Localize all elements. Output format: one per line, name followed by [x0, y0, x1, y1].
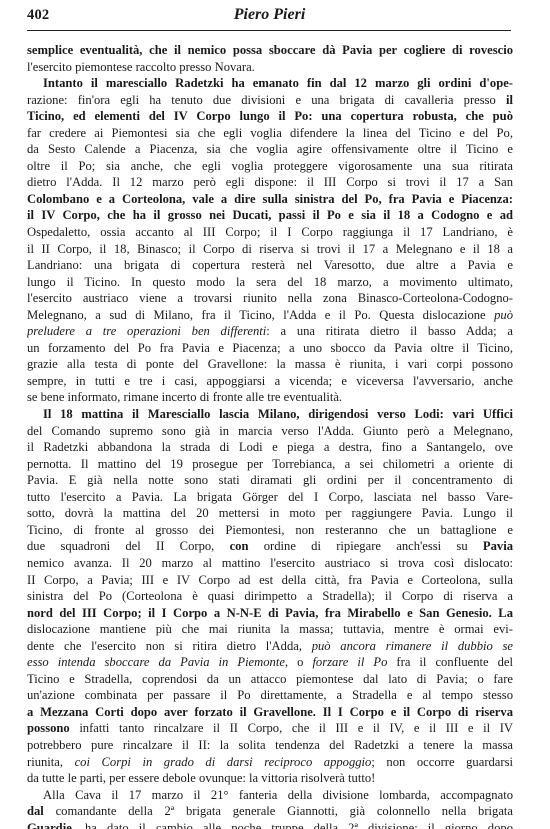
- text-run: , o: [285, 655, 313, 669]
- text-line: due squadroni del II Corpo, con ordine d…: [27, 538, 513, 555]
- text-run: potrebbero pure rincalzare il II: la sol…: [27, 738, 513, 752]
- text-run: possono: [27, 721, 79, 735]
- text-line: possono infatti tanto rincalzare il II C…: [27, 720, 513, 737]
- text-line: esso intenda sboccare da Pavia in Piemon…: [27, 654, 513, 671]
- text-run: : a una ritirata dietro il basso Adda; a: [266, 324, 513, 338]
- text-run: può ancora rimanere il dubbio se: [312, 639, 513, 653]
- text-line: oltre il Po; sia anche, che egli voglia …: [27, 158, 513, 175]
- text-run: riunita,: [27, 755, 75, 769]
- text-run: dal: [27, 804, 44, 818]
- text-run: razione: fin'ora egli ha tenuto due divi…: [27, 93, 506, 107]
- text-run: semplice eventualità, che il nemico poss…: [27, 43, 513, 57]
- text-line: pernotta. Il mattino del 19 prosegue per…: [27, 456, 513, 473]
- text-run: il Radetzki abbandona la strada di Lodi …: [27, 440, 513, 454]
- text-run: coi Corpi in grado di darsi reciproco ap…: [75, 755, 372, 769]
- text-run: dislocazione mantiene più che mai riunit…: [27, 622, 513, 636]
- text-run: a Mezzana Corti dopo aver forzato il Gra…: [27, 705, 513, 719]
- text-run: infatti tanto rincalzare il II Corpo, ch…: [79, 721, 513, 735]
- text-run: Il 18 mattina il Maresciallo lascia Mila…: [43, 407, 513, 421]
- text-run: ; non occorre guardarsi: [371, 755, 513, 769]
- text-line: a Mezzana Corti dopo aver forzato il Gra…: [27, 704, 513, 721]
- text-line: Ticino, ed elementi del IV Corpo lungo i…: [27, 108, 513, 125]
- text-line: dente che l'esercito non si ritira dietr…: [27, 638, 513, 655]
- text-run: da Sesto Calende a Piacenza, sia che vog…: [27, 142, 513, 156]
- text-line: del Comando supremo sono già in marcia v…: [27, 423, 513, 440]
- text-line: Ticino, di fronte al grosso dei Piemonte…: [27, 522, 513, 539]
- text-line: nord del III Corpo; il I Corpo a N-N-E d…: [27, 605, 513, 622]
- text-run: il: [506, 93, 513, 107]
- text-line: Ospedaletto, ossia accanto al III Corpo;…: [27, 224, 513, 241]
- text-line: Pavia. E già nella notte sono stati dira…: [27, 472, 513, 489]
- text-run: Guardie,: [27, 821, 75, 829]
- text-line: sinistra del Po (Corteolona è quasi diri…: [27, 588, 513, 605]
- text-line: un'azione combinata per passare il Po di…: [27, 687, 513, 704]
- text-line: da tutte le parti, per essere debole ovu…: [27, 770, 513, 787]
- text-run: un forzamento del Po fra Pavia e Piacenz…: [27, 341, 513, 355]
- text-line: dietro l'Adda. Il 12 marzo però egli dis…: [27, 174, 513, 191]
- text-line: l'esercito piemontese raccolto presso No…: [27, 59, 513, 76]
- text-run: con: [230, 539, 249, 553]
- text-line: nemico avanza. Il 20 marzo al mattino l'…: [27, 555, 513, 572]
- text-line: far credere ai Piemontesi sia che egli v…: [27, 125, 513, 142]
- text-run: Pavia. E già nella notte sono stati dira…: [27, 473, 513, 487]
- text-line: lungo il Ticino. In questo modo la sera …: [27, 274, 513, 291]
- text-run: dente che l'esercito non si ritira dietr…: [27, 639, 312, 653]
- text-run: Ticino e Stradella, coprendosi da un att…: [27, 672, 513, 686]
- text-line: semplice eventualità, che il nemico poss…: [27, 42, 513, 59]
- text-run: l'esercito austriaco viene a trovarsi ri…: [27, 291, 513, 305]
- text-run: fra il confluente del: [387, 655, 513, 669]
- text-run: pernotta. Il mattino del 19 prosegue per…: [27, 457, 513, 471]
- text-run: ha dato il cambio alle poche truppe dell…: [75, 821, 513, 829]
- text-run: un'azione combinata per passare il Po di…: [27, 688, 513, 702]
- text-line: II Corpo, a Pavia; III e IV Corpo ad est…: [27, 572, 513, 589]
- text-line: un forzamento del Po fra Pavia e Piacenz…: [27, 340, 513, 357]
- text-line: Ticino e Stradella, coprendosi da un att…: [27, 671, 513, 688]
- text-run: da tutte le parti, per essere debole ovu…: [27, 771, 375, 785]
- text-run: può: [494, 308, 513, 322]
- text-line: Alla Cava il 17 marzo il 21° fanteria de…: [27, 787, 513, 804]
- text-line: grazie alla testa di ponte del Gravellon…: [27, 356, 513, 373]
- text-line: riunita, coi Corpi in grado di darsi rec…: [27, 754, 513, 771]
- text-line: Intanto il maresciallo Radetzki ha emana…: [27, 75, 513, 92]
- text-run: dietro l'Adda. Il 12 marzo però egli dis…: [27, 175, 513, 189]
- text-run: se bene informato, rimane incerto di fro…: [27, 390, 342, 404]
- text-run: Alla Cava il 17 marzo il 21° fanteria de…: [43, 788, 513, 802]
- text-run: due squadroni del II Corpo,: [27, 539, 230, 553]
- text-line: dislocazione mantiene più che mai riunit…: [27, 621, 513, 638]
- text-run: oltre il Po; sia anche, che egli voglia …: [27, 159, 513, 173]
- text-line: sotto, dovrà la mattina del 20 mettersi …: [27, 505, 513, 522]
- text-line: Landriano: una brigata di copertura rest…: [27, 257, 513, 274]
- page-header: 402 Piero Pieri: [27, 3, 512, 31]
- text-run: Landriano: una brigata di copertura rest…: [27, 258, 513, 272]
- text-line: il II Corpo, il 18, Binasco; il Corpo di…: [27, 241, 513, 258]
- text-run: II Corpo, a Pavia; III e IV Corpo ad est…: [27, 573, 513, 587]
- text-line: sempre, in tutti e tre i casi, appoggiar…: [27, 373, 513, 390]
- text-run: Ticino, ed elementi del IV Corpo lungo i…: [27, 109, 513, 123]
- text-run: sotto, dovrà la mattina del 20 mettersi …: [27, 506, 513, 520]
- text-run: del Comando supremo sono già in marcia v…: [27, 424, 513, 438]
- text-run: preludere a tre operazioni ben different…: [27, 324, 266, 338]
- text-line: l'esercito austriaco viene a trovarsi ri…: [27, 290, 513, 307]
- header-rule: [27, 30, 511, 31]
- text-line: preludere a tre operazioni ben different…: [27, 323, 513, 340]
- text-run: nemico avanza. Il 20 marzo al mattino l'…: [27, 556, 513, 570]
- text-line: Il 18 mattina il Maresciallo lascia Mila…: [27, 406, 513, 423]
- text-line: razione: fin'ora egli ha tenuto due divi…: [27, 92, 513, 109]
- text-line: dal comandante della 2ª brigata generale…: [27, 803, 513, 820]
- text-line: potrebbero pure rincalzare il II: la sol…: [27, 737, 513, 754]
- text-run: Melegnano, a sud di Milano, fra il Ticin…: [27, 308, 494, 322]
- running-title: Piero Pieri: [27, 6, 512, 24]
- text-line: Melegnano, a sud di Milano, fra il Ticin…: [27, 307, 513, 324]
- text-line: il IV Corpo, che ha il grosso nei Ducati…: [27, 207, 513, 224]
- text-run: l'esercito piemontese raccolto presso No…: [27, 60, 255, 74]
- text-run: sempre, in tutti e tre i casi, appoggiar…: [27, 374, 513, 388]
- text-run: Ticino, di fronte al grosso dei Piemonte…: [27, 523, 513, 537]
- text-line: Colombano e a Corteolona, vale a dire su…: [27, 191, 513, 208]
- text-line: Guardie, ha dato il cambio alle poche tr…: [27, 820, 513, 829]
- text-run: forzare il Po: [312, 655, 387, 669]
- text-run: nord del III Corpo; il I Corpo a N-N-E d…: [27, 606, 513, 620]
- text-run: il IV Corpo, che ha il grosso nei Ducati…: [27, 208, 513, 222]
- text-line: se bene informato, rimane incerto di fro…: [27, 389, 513, 406]
- text-run: sinistra del Po (Corteolona è quasi diri…: [27, 589, 513, 603]
- text-run: Ospedaletto, ossia accanto al III Corpo;…: [27, 225, 513, 239]
- body-text: semplice eventualità, che il nemico poss…: [27, 42, 513, 829]
- text-line: da Sesto Calende a Piacenza, sia che vog…: [27, 141, 513, 158]
- text-run: far credere ai Piemontesi sia che egli v…: [27, 126, 513, 140]
- text-run: lungo il Ticino. In questo modo la sera …: [27, 275, 513, 289]
- text-line: tutto l'esercito a Pavia. La brigata Gör…: [27, 489, 513, 506]
- book-page: 402 Piero Pieri semplice eventualità, ch…: [0, 0, 550, 829]
- text-run: esso intenda sboccare da Pavia in Piemon…: [27, 655, 285, 669]
- text-line: il Radetzki abbandona la strada di Lodi …: [27, 439, 513, 456]
- text-run: grazie alla testa di ponte del Gravellon…: [27, 357, 513, 371]
- text-run: Pavia: [483, 539, 513, 553]
- text-run: Colombano e a Corteolona, vale a dire su…: [27, 192, 513, 206]
- text-run: ordine di ripiegare anch'essi su: [248, 539, 482, 553]
- text-run: il II Corpo, il 18, Binasco; il Corpo di…: [27, 242, 513, 256]
- text-run: comandante della 2ª brigata generale Gia…: [44, 804, 513, 818]
- text-run: tutto l'esercito a Pavia. La brigata Gör…: [27, 490, 513, 504]
- text-run: Intanto il maresciallo Radetzki ha emana…: [43, 76, 513, 90]
